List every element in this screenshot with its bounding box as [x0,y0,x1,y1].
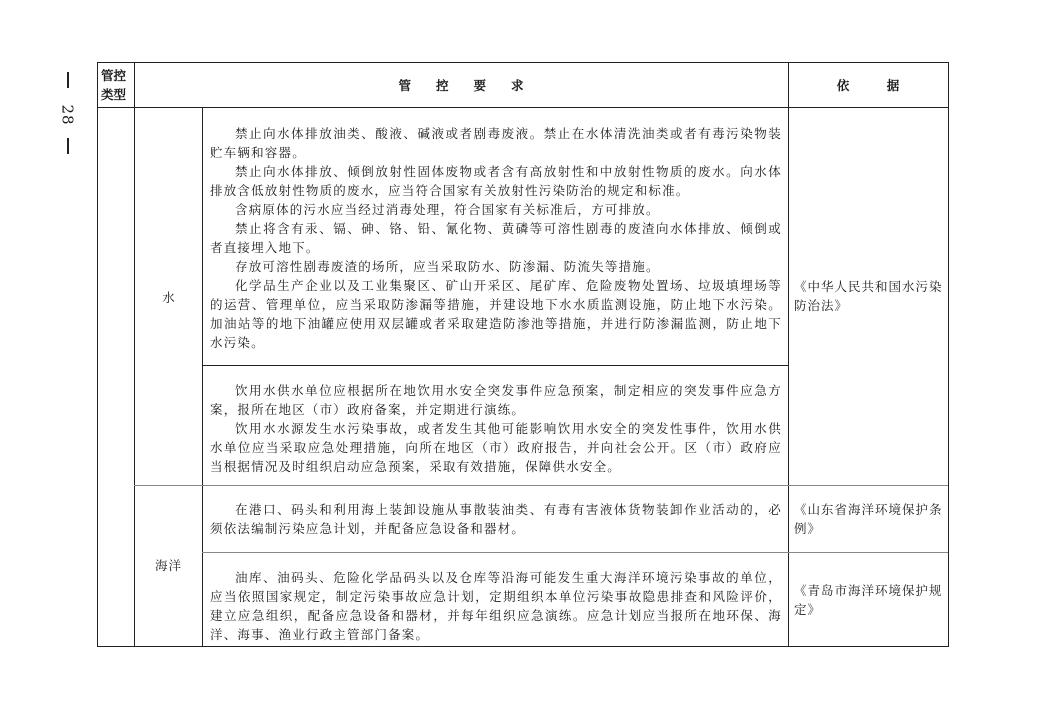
header-type-line2: 类型 [101,85,134,104]
paragraph: 化学品生产企业以及工业集聚区、矿山开采区、尾矿库、危险废物处置场、垃圾填埋场等的… [210,276,782,352]
page-number-marker: 28 [54,68,84,158]
control-requirements-table: 管控 类型 管 控 要 求 依 据 水 海洋 禁止向水体排放油类、酸液、碱液或者… [97,62,949,647]
row-divider-water [202,365,788,366]
header-control-type: 管控 类型 [98,63,134,107]
requirement-port-loading: 在港口、码头和利用海上装卸设施从事散装油类、有毒有害液体货物装卸作业活动的，必须… [210,500,782,538]
paragraph: 禁止向水体排放油类、酸液、碱液或者剧毒废液。禁止在水体清洗油类或者有毒污染物装贮… [210,124,782,162]
row-divider-water-ocean [134,485,948,486]
requirement-drinking-water: 饮用水供水单位应根据所在地饮用水安全突发事件应急预案，制定相应的突发事件应急方案… [210,381,782,476]
requirement-coastal-facilities: 油库、油码头、危险化学品码头以及仓库等沿海可能发生重大海洋环境污染事故的单位，应… [210,568,782,644]
header-basis: 依 据 [788,63,948,107]
page-dash-top [67,72,69,88]
category-ocean: 海洋 [135,486,202,647]
basis-water-law: 《中华人民共和国水污染防治法》 [794,277,946,315]
category-water: 水 [135,108,202,485]
paragraph: 禁止将含有汞、镉、砷、铬、铅、氰化物、黄磷等可溶性剧毒的废渣向水体排放、倾倒或者… [210,219,782,257]
paragraph: 存放可溶性剧毒废渣的场所，应当采取防水、防渗漏、防流失等措施。 [210,257,782,276]
paragraph: 禁止向水体排放、倾倒放射性固体废物或者含有高放射性和中放射性物质的废水。向水体排… [210,162,782,200]
basis-qingdao-regulation: 《青岛市海洋环境保护规定》 [794,581,946,619]
paragraph: 饮用水水源发生水污染事故，或者发生其他可能影响饮用水安全的突发性事件，饮用水供水… [210,419,782,476]
header-type-line1: 管控 [101,66,134,85]
page-dash-bottom [67,138,69,154]
paragraph: 含病原体的污水应当经过消毒处理，符合国家有关标准后，方可排放。 [210,200,782,219]
requirement-water-pollution: 禁止向水体排放油类、酸液、碱液或者剧毒废液。禁止在水体清洗油类或者有毒污染物装贮… [210,124,782,352]
header-divider [98,107,948,108]
paragraph: 饮用水供水单位应根据所在地饮用水安全突发事件应急预案，制定相应的突发事件应急方案… [210,381,782,419]
header-requirements: 管 控 要 求 [134,63,788,107]
basis-shandong-regulation: 《山东省海洋环境保护条例》 [794,500,946,538]
page-number: 28 [59,104,77,125]
paragraph: 油库、油码头、危险化学品码头以及仓库等沿海可能发生重大海洋环境污染事故的单位，应… [210,568,782,644]
col-divider-basis [788,63,789,646]
paragraph: 在港口、码头和利用海上装卸设施从事散装油类、有毒有害液体货物装卸作业活动的，必须… [210,500,782,538]
row-divider-ocean [202,552,948,553]
col-divider-subtype [202,107,203,646]
